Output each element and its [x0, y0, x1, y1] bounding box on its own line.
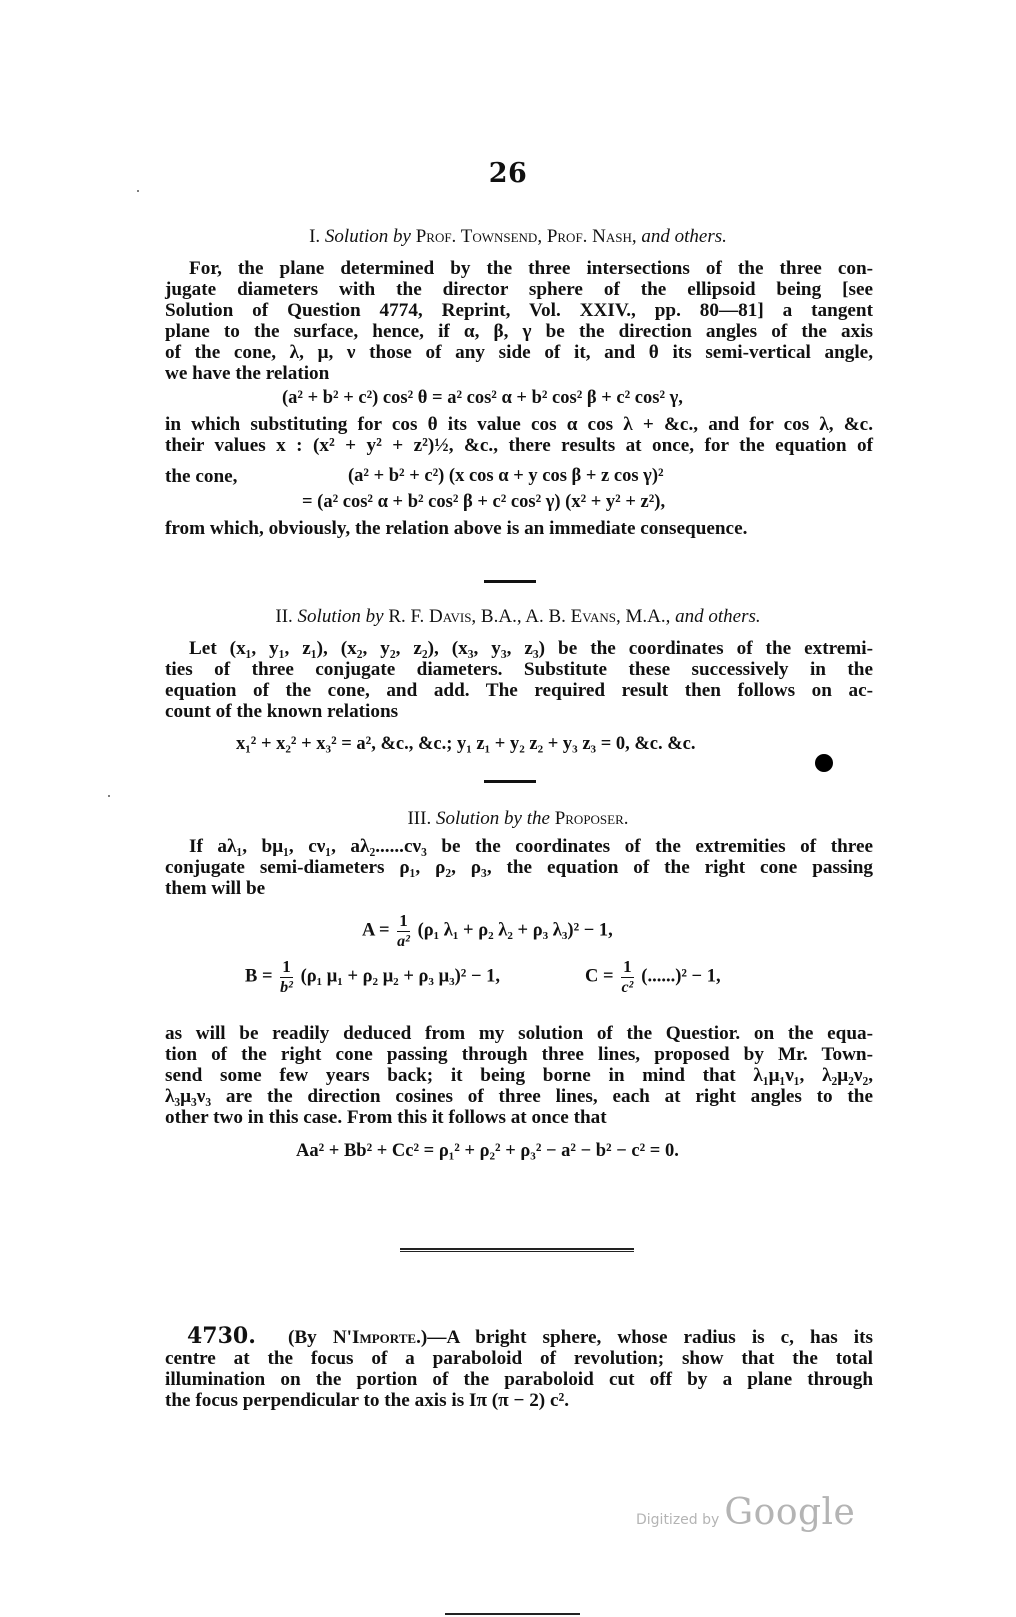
equation-A: A = 1 a² (ρ₁ λ₁ + ρ₂ λ₂ + ρ₃ λ₃)² − 1,: [362, 912, 613, 950]
text-line: λ₃μ₃ν₃ are the direction cosines of thre…: [165, 1086, 873, 1107]
text-line: the cone,: [165, 466, 285, 487]
text-line: from which, obviously, the relation abov…: [165, 518, 873, 539]
solution-1-paragraph: For, the plane determined by the three i…: [165, 258, 873, 384]
fraction-numerator: 1: [280, 958, 293, 978]
solution-1-closing: from which, obviously, the relation abov…: [165, 518, 873, 539]
text-line: count of the known relations: [165, 701, 873, 722]
text-line: in which substituting for cos θ its valu…: [165, 414, 873, 435]
text-line: the focus perpendicular to the axis is I…: [165, 1390, 873, 1411]
final-equation: Aa² + Bb² + Cc² = ρ₁² + ρ₂² + ρ₃² − a² −…: [296, 1141, 679, 1162]
text-line: ties of three conjugate diameters. Subst…: [165, 659, 873, 680]
speck: [137, 190, 139, 192]
heading-authors: R. F. Davis, B.A., A. B. Evans, M.A.,: [388, 606, 670, 627]
text-line: conjugate semi-diameters ρ₁, ρ₂, ρ₃, the…: [165, 857, 873, 878]
eq-rhs: (......)² − 1,: [641, 966, 720, 986]
heading-numeral: I.: [309, 226, 320, 247]
fraction-denominator: b²: [280, 978, 293, 996]
text-line: centre at the focus of a paraboloid of r…: [165, 1348, 873, 1369]
text-line: of the cone, λ, μ, ν those of any side o…: [165, 342, 873, 363]
heading-authors: Proposer.: [555, 808, 629, 829]
text-line: For, the plane determined by the three i…: [165, 258, 873, 279]
digitized-by-google-watermark: Digitized by Google: [636, 1492, 855, 1533]
eq-lhs: A =: [362, 920, 390, 940]
eq-rhs: (ρ₁ μ₁ + ρ₂ μ₂ + ρ₃ μ₃)² − 1,: [301, 966, 500, 986]
equation-2b: = (a² cos² α + b² cos² β + c² cos² γ) (x…: [302, 492, 665, 513]
text-line: jugate diameters with the director spher…: [165, 279, 873, 300]
text-line: plane to the surface, hence, if α, β, γ …: [165, 321, 873, 342]
heading-lead: Solution by: [298, 606, 384, 627]
solution-3-paragraph-2: as will be readily deduced from my solut…: [165, 1023, 873, 1128]
text-line: illumination on the portion of the parab…: [165, 1369, 873, 1390]
question-number: 4730.: [187, 1323, 256, 1349]
heading-lead: Solution by: [325, 226, 411, 247]
fraction-denominator: a²: [397, 932, 410, 950]
text-line: them will be: [165, 878, 873, 899]
text-line: If aλ₁, bμ₁, cν₁, aλ₂......cν₃ be the co…: [165, 836, 873, 857]
fraction: 1 a²: [397, 912, 410, 950]
text-line: )—A bright sphere, whose radius is c, ha…: [421, 1327, 873, 1348]
proposer-name: N'Importe.: [333, 1327, 421, 1348]
heading-tail: and others.: [641, 226, 727, 247]
heading-numeral: III.: [407, 808, 431, 829]
watermark-prefix: Digitized by: [636, 1512, 719, 1528]
equation-1: (a² + b² + c²) cos² θ = a² cos² α + b² c…: [282, 388, 683, 409]
heading-authors: Prof. Townsend, Prof. Nash,: [416, 226, 637, 247]
solution-2-heading: II. Solution by R. F. Davis, B.A., A. B.…: [163, 606, 873, 628]
solution-3-heading: III. Solution by the Proposer.: [163, 808, 873, 830]
equation-C: C = 1 c² (......)² − 1,: [585, 958, 721, 996]
solution-2-paragraph: Let (x₁, y₁, z₁), (x₂, y₂, z₂), (x₃, y₃,…: [165, 638, 873, 722]
text-line: as will be readily deduced from my solut…: [165, 1023, 873, 1044]
speck: [108, 795, 110, 797]
section-divider: [484, 780, 536, 783]
solution-2-equation: x₁² + x₂² + x₃² = a², &c., &c.; y₁ z₁ + …: [236, 734, 696, 755]
text-line: their values x : (x² + y² + z²)½, &c., t…: [165, 435, 873, 456]
text-line: tion of the right cone passing through t…: [165, 1044, 873, 1065]
heading-lead: Solution by the: [436, 808, 550, 829]
text-line: Let (x₁, y₁, z₁), (x₂, y₂, z₂), (x₃, y₃,…: [165, 638, 873, 659]
cone-label: the cone,: [165, 466, 285, 487]
text-line: Solution of Question 4774, Reprint, Vol.…: [165, 300, 873, 321]
equation-2a: (a² + b² + c²) (x cos α + y cos β + z co…: [348, 466, 664, 487]
solution-1-paragraph-2: in which substituting for cos θ its valu…: [165, 414, 873, 456]
question-first-line: 4730. (By N'Importe.)—A bright sphere, w…: [165, 1326, 873, 1348]
solution-1-heading: I. Solution by Prof. Townsend, Prof. Nas…: [163, 226, 873, 248]
heading-tail: and others.: [675, 606, 761, 627]
proposer-open: (By: [288, 1327, 317, 1348]
fraction: 1 b²: [280, 958, 293, 996]
fraction-denominator: c²: [621, 978, 634, 996]
fraction: 1 c²: [621, 958, 634, 996]
page-number: 26: [0, 158, 1016, 189]
section-divider: [484, 580, 536, 583]
heading-numeral: II.: [275, 606, 292, 627]
fraction-numerator: 1: [621, 958, 634, 978]
double-rule-divider: [400, 1248, 634, 1252]
eq-lhs: B =: [245, 966, 273, 986]
text-line: we have the relation: [165, 363, 873, 384]
equation-B: B = 1 b² (ρ₁ μ₁ + ρ₂ μ₂ + ρ₃ μ₃)² − 1,: [245, 958, 500, 996]
text-line: send some few years back; it being borne…: [165, 1065, 873, 1086]
text-line: equation of the cone, and add. The requi…: [165, 680, 873, 701]
text-line: other two in this case. From this it fol…: [165, 1107, 873, 1128]
bottom-edge-rule: [445, 1613, 580, 1615]
eq-rhs: (ρ₁ λ₁ + ρ₂ λ₂ + ρ₃ λ₃)² − 1,: [418, 920, 613, 940]
eq-lhs: C =: [585, 966, 614, 986]
solution-3-paragraph: If aλ₁, bμ₁, cν₁, aλ₂......cν₃ be the co…: [165, 836, 873, 899]
fraction-numerator: 1: [397, 912, 410, 932]
ink-blot: [815, 754, 833, 772]
google-logo: Google: [724, 1492, 855, 1533]
question-4730: 4730. (By N'Importe.)—A bright sphere, w…: [165, 1326, 873, 1411]
